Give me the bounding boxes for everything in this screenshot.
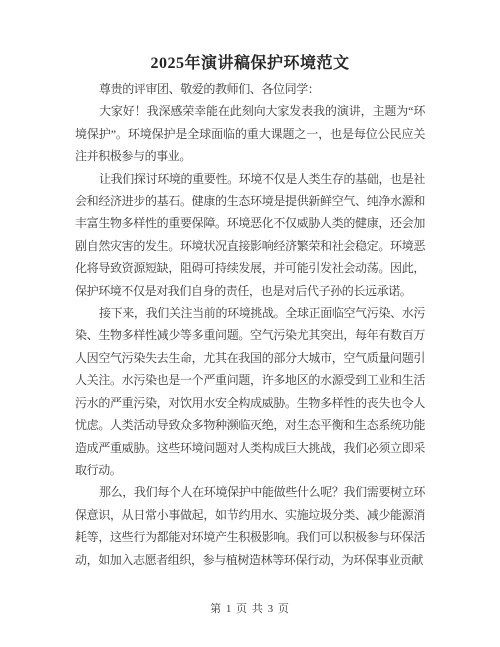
document-body: 尊贵的评审团、敬爱的教师们、各位同学： 大家好！我深感荣幸能在此刻向大家发表我的…: [75, 78, 425, 571]
paragraph-environment-importance: 让我们探讨环境的重要性。环境不仅是人类生存的基础，也是社会和经济进步的基石。健康…: [75, 168, 425, 302]
paragraph-personal-actions: 那么，我们每个人在环境保护中能做些什么呢？我们需要树立环保意识，从日常小事做起，…: [75, 481, 425, 571]
document-title: 2025年演讲稿保护环境范文: [0, 55, 500, 73]
paragraph-environment-challenges: 接下来，我们关注当前的环境挑战。全球正面临空气污染、水污染、生物多样性减少等多重…: [75, 302, 425, 481]
page-number-footer: 第 1 页 共 3 页: [0, 602, 500, 617]
document-page: 2025年演讲稿保护环境范文 尊贵的评审团、敬爱的教师们、各位同学： 大家好！我…: [0, 0, 500, 647]
paragraph-greeting-topic: 大家好！我深感荣幸能在此刻向大家发表我的演讲，主题为“环境保护”。环境保护是全球…: [75, 100, 425, 167]
paragraph-salutation: 尊贵的评审团、敬爱的教师们、各位同学：: [75, 78, 425, 100]
